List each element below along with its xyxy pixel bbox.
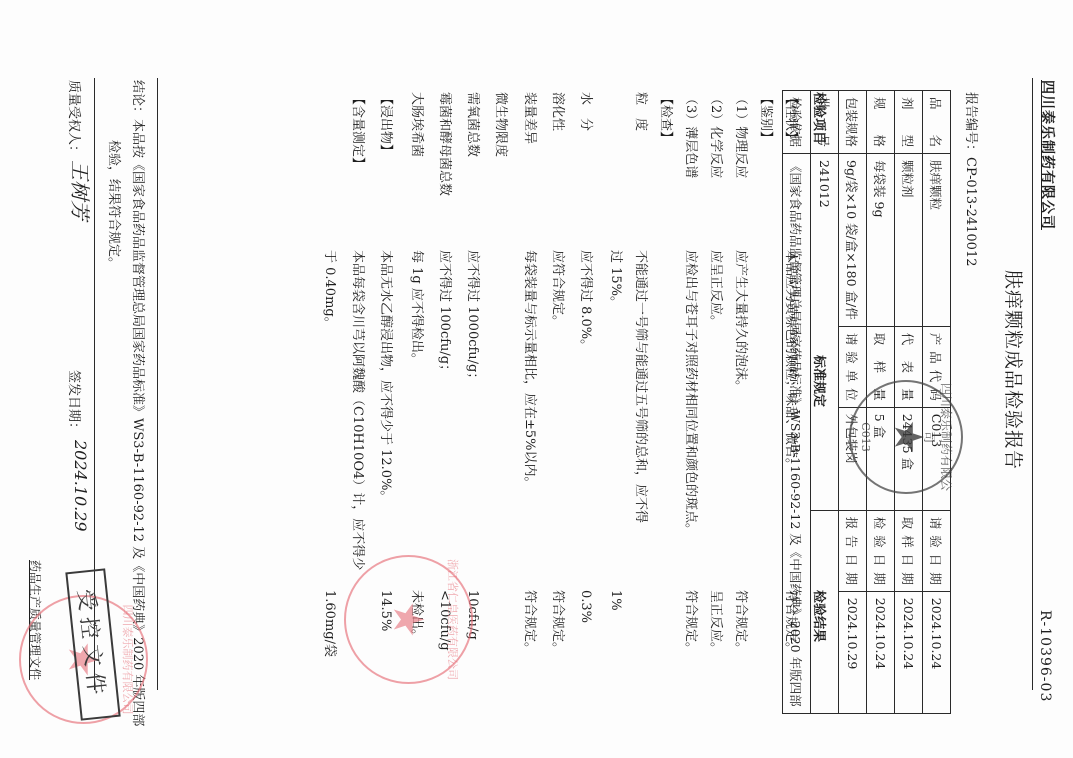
star-icon: ★	[388, 601, 430, 639]
header-rule	[1032, 78, 1033, 690]
item-standard: 应产生大量持久的泡沫。	[732, 250, 748, 393]
conclusion-rule	[157, 78, 158, 690]
item-result: 符合规定。	[782, 590, 798, 655]
item-result: 符合规定。	[732, 590, 748, 655]
item-name: 【鉴别】	[757, 92, 773, 144]
item-name: 需氧菌总数	[464, 92, 480, 157]
item-standard: 应检出与苍耳子对照药材相同位置和颜色的斑点。	[682, 250, 698, 536]
authorizer-signature: 王树芳	[72, 160, 88, 220]
inspection-report-page: 四川泰乐制药有限公司 R-10396-03 肤痒颗粒成品检验报告 报告编号：CP…	[0, 0, 1073, 758]
item-name: 霉菌和酵母菌总数	[436, 92, 452, 196]
column-header-result: 检验结果	[810, 590, 826, 642]
item-name: 【含量测定】	[349, 92, 365, 170]
item-standard: 本品应为黄棕色的颗粒；味甜、微苦。	[782, 250, 798, 471]
item-standard: 每袋装量与标示量相比，应在±5%以内。	[521, 250, 537, 490]
item-result: 符合规定。	[682, 590, 698, 655]
item-name: 水 分	[577, 92, 593, 131]
item-standard: 本品无水乙醇浸出物，应不得少于 12.0%。	[377, 250, 393, 503]
company-name: 四川泰乐制药有限公司	[1039, 80, 1055, 230]
column-header-item: 检验项目	[810, 92, 826, 144]
item-standard: 应呈正反应。	[707, 250, 723, 328]
item-name: 大肠埃希菌	[408, 92, 424, 157]
item-name: 【浸出物】	[377, 92, 393, 157]
item-name: 装量差异	[521, 92, 537, 144]
item-name: 溶化性	[549, 92, 565, 131]
item-name: （1）物理反应	[732, 92, 748, 178]
item-name: （3）薄层色谱	[682, 92, 698, 178]
report-number: 报告编号：CP-013-2410012	[962, 92, 978, 267]
item-standard: 应不得过 1000cfu/g；	[464, 250, 480, 385]
item-result: 符合规定。	[521, 590, 537, 655]
item-standard: 应不得过 8.0%。	[577, 250, 593, 352]
item-name: 【性状】	[782, 92, 798, 144]
item-name: （2）化学反应	[707, 92, 723, 178]
item-result: 符合规定。	[549, 590, 565, 655]
authorizer-label: 质量受权人：	[65, 80, 81, 158]
item-result: 1%	[607, 590, 623, 611]
issue-date-label: 签发日期：	[65, 370, 81, 435]
item-standard: 不能通过一号筛与能通过五号筛的总和，应不得	[632, 250, 648, 523]
item-standard: 应不得过 100cfu/g；	[436, 250, 452, 377]
document-code: R-10396-03	[1037, 610, 1053, 702]
item-standard: 过 15%。	[607, 250, 623, 309]
item-standard: 应符合规定。	[549, 250, 565, 328]
star-icon: ★	[888, 419, 928, 455]
item-standard: 本品每袋含川芎以阿魏酸（C10H10O4）计，应不得少	[349, 250, 365, 570]
red-seal-stamp-1: 浙江省仁皇医药有限公司 ★	[344, 555, 473, 684]
conclusion-line-2: 检验，结果符合规定。	[105, 140, 121, 270]
issue-date: 2024.10.29	[72, 440, 88, 532]
report-title: 肤痒颗粒成品检验报告	[1005, 270, 1021, 470]
qc-seal-stamp: 四川泰乐制药有限公司 ★ C013	[849, 380, 963, 494]
item-standard: 于 0.40mg。	[321, 250, 337, 330]
item-name: 微生物限度	[492, 92, 508, 157]
item-name: 粒 度	[632, 92, 648, 131]
item-result: 呈正反应。	[707, 590, 723, 655]
item-name: 【检查】	[657, 92, 673, 144]
column-header-standard: 标准规定	[810, 355, 826, 407]
item-standard: 每 1g 应不得检出。	[408, 250, 424, 366]
item-result: 0.3%	[577, 590, 593, 623]
item-result: 1.60mg/袋	[321, 590, 337, 657]
